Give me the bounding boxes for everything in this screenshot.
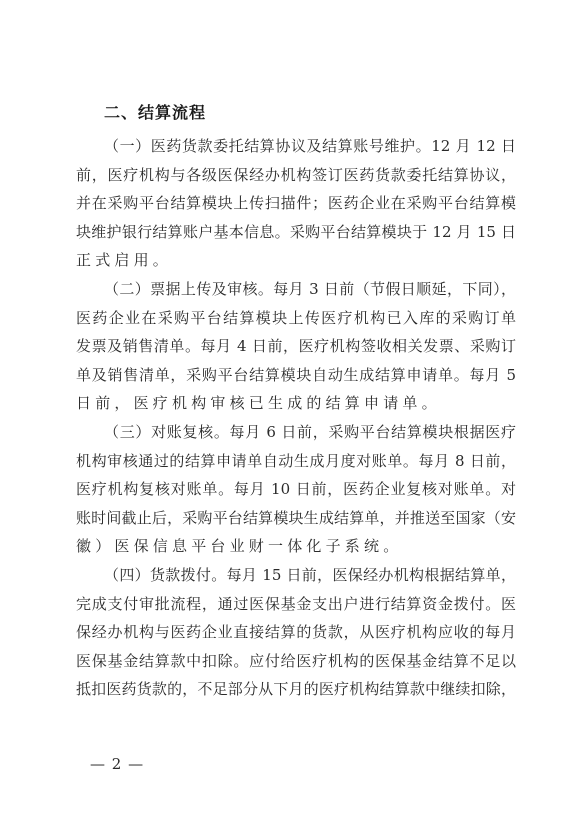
paragraph-3-line-2: 机构审核通过的结算申请单自动生成月度对账单。每月 8 日前， xyxy=(76,451,516,471)
paragraph-2-line-1: （二）票据上传及审核。每月 3 日前（节假日顺延，下同）， xyxy=(104,279,516,299)
paragraph-1-line-2: 前，医疗机构与各级医保经办机构签订医药货款委托结算协议， xyxy=(76,165,516,185)
paragraph-2-line-4: 单及销售清单，采购平台结算模块自动生成结算申请单。每月 5 xyxy=(76,365,516,385)
paragraph-1-line-5: 正式启用。 xyxy=(76,250,516,270)
paragraph-4-line-4: 医保基金结算款中扣除。应付给医疗机构的医保基金结算不足以 xyxy=(76,651,516,671)
paragraph-3-line-1: （三）对账复核。每月 6 日前，采购平台结算模块根据医疗 xyxy=(104,422,516,442)
paragraph-4-line-1: （四）货款拨付。每月 15 日前，医保经办机构根据结算单， xyxy=(104,565,516,585)
paragraph-2-line-2: 医药企业在采购平台结算模块上传医疗机构已入库的采购订单 xyxy=(76,308,516,328)
paragraph-3-line-5: 徽）医保信息平台业财一体化子系统。 xyxy=(76,536,516,556)
paragraph-1-line-1: （一）医药货款委托结算协议及结算账号维护。12 月 12 日 xyxy=(104,136,516,156)
paragraph-2-line-5: 日前，医疗机构审核已生成的结算申请单。 xyxy=(76,393,516,413)
paragraph-4-line-5: 抵扣医药货款的，不足部分从下月的医疗机构结算款中继续扣除， xyxy=(76,679,516,699)
paragraph-3-line-3: 医疗机构复核对账单。每月 10 日前，医药企业复核对账单。对 xyxy=(76,479,516,499)
paragraph-1-line-4: 块维护银行结算账户基本信息。采购平台结算模块于 12 月 15 日 xyxy=(76,222,516,242)
document-page: 二、结算流程 （一）医药货款委托结算协议及结算账号维护。12 月 12 日 前，… xyxy=(0,0,585,830)
paragraph-4-line-3: 保经办机构与医药企业直接结算的货款，从医疗机构应收的每月 xyxy=(76,622,516,642)
section-heading: 二、结算流程 xyxy=(104,100,206,123)
paragraph-4-line-2: 完成支付审批流程，通过医保基金支出户进行结算资金拨付。医 xyxy=(76,594,516,614)
paragraph-2-line-3: 发票及销售清单。每月 4 日前，医疗机构签收相关发票、采购订 xyxy=(76,336,516,356)
paragraph-3-line-4: 账时间截止后，采购平台结算模块生成结算单，并推送至国家（安 xyxy=(76,508,516,528)
paragraph-1-line-3: 并在采购平台结算模块上传扫描件；医药企业在采购平台结算模 xyxy=(76,193,516,213)
page-number: — 2 — xyxy=(90,755,144,773)
